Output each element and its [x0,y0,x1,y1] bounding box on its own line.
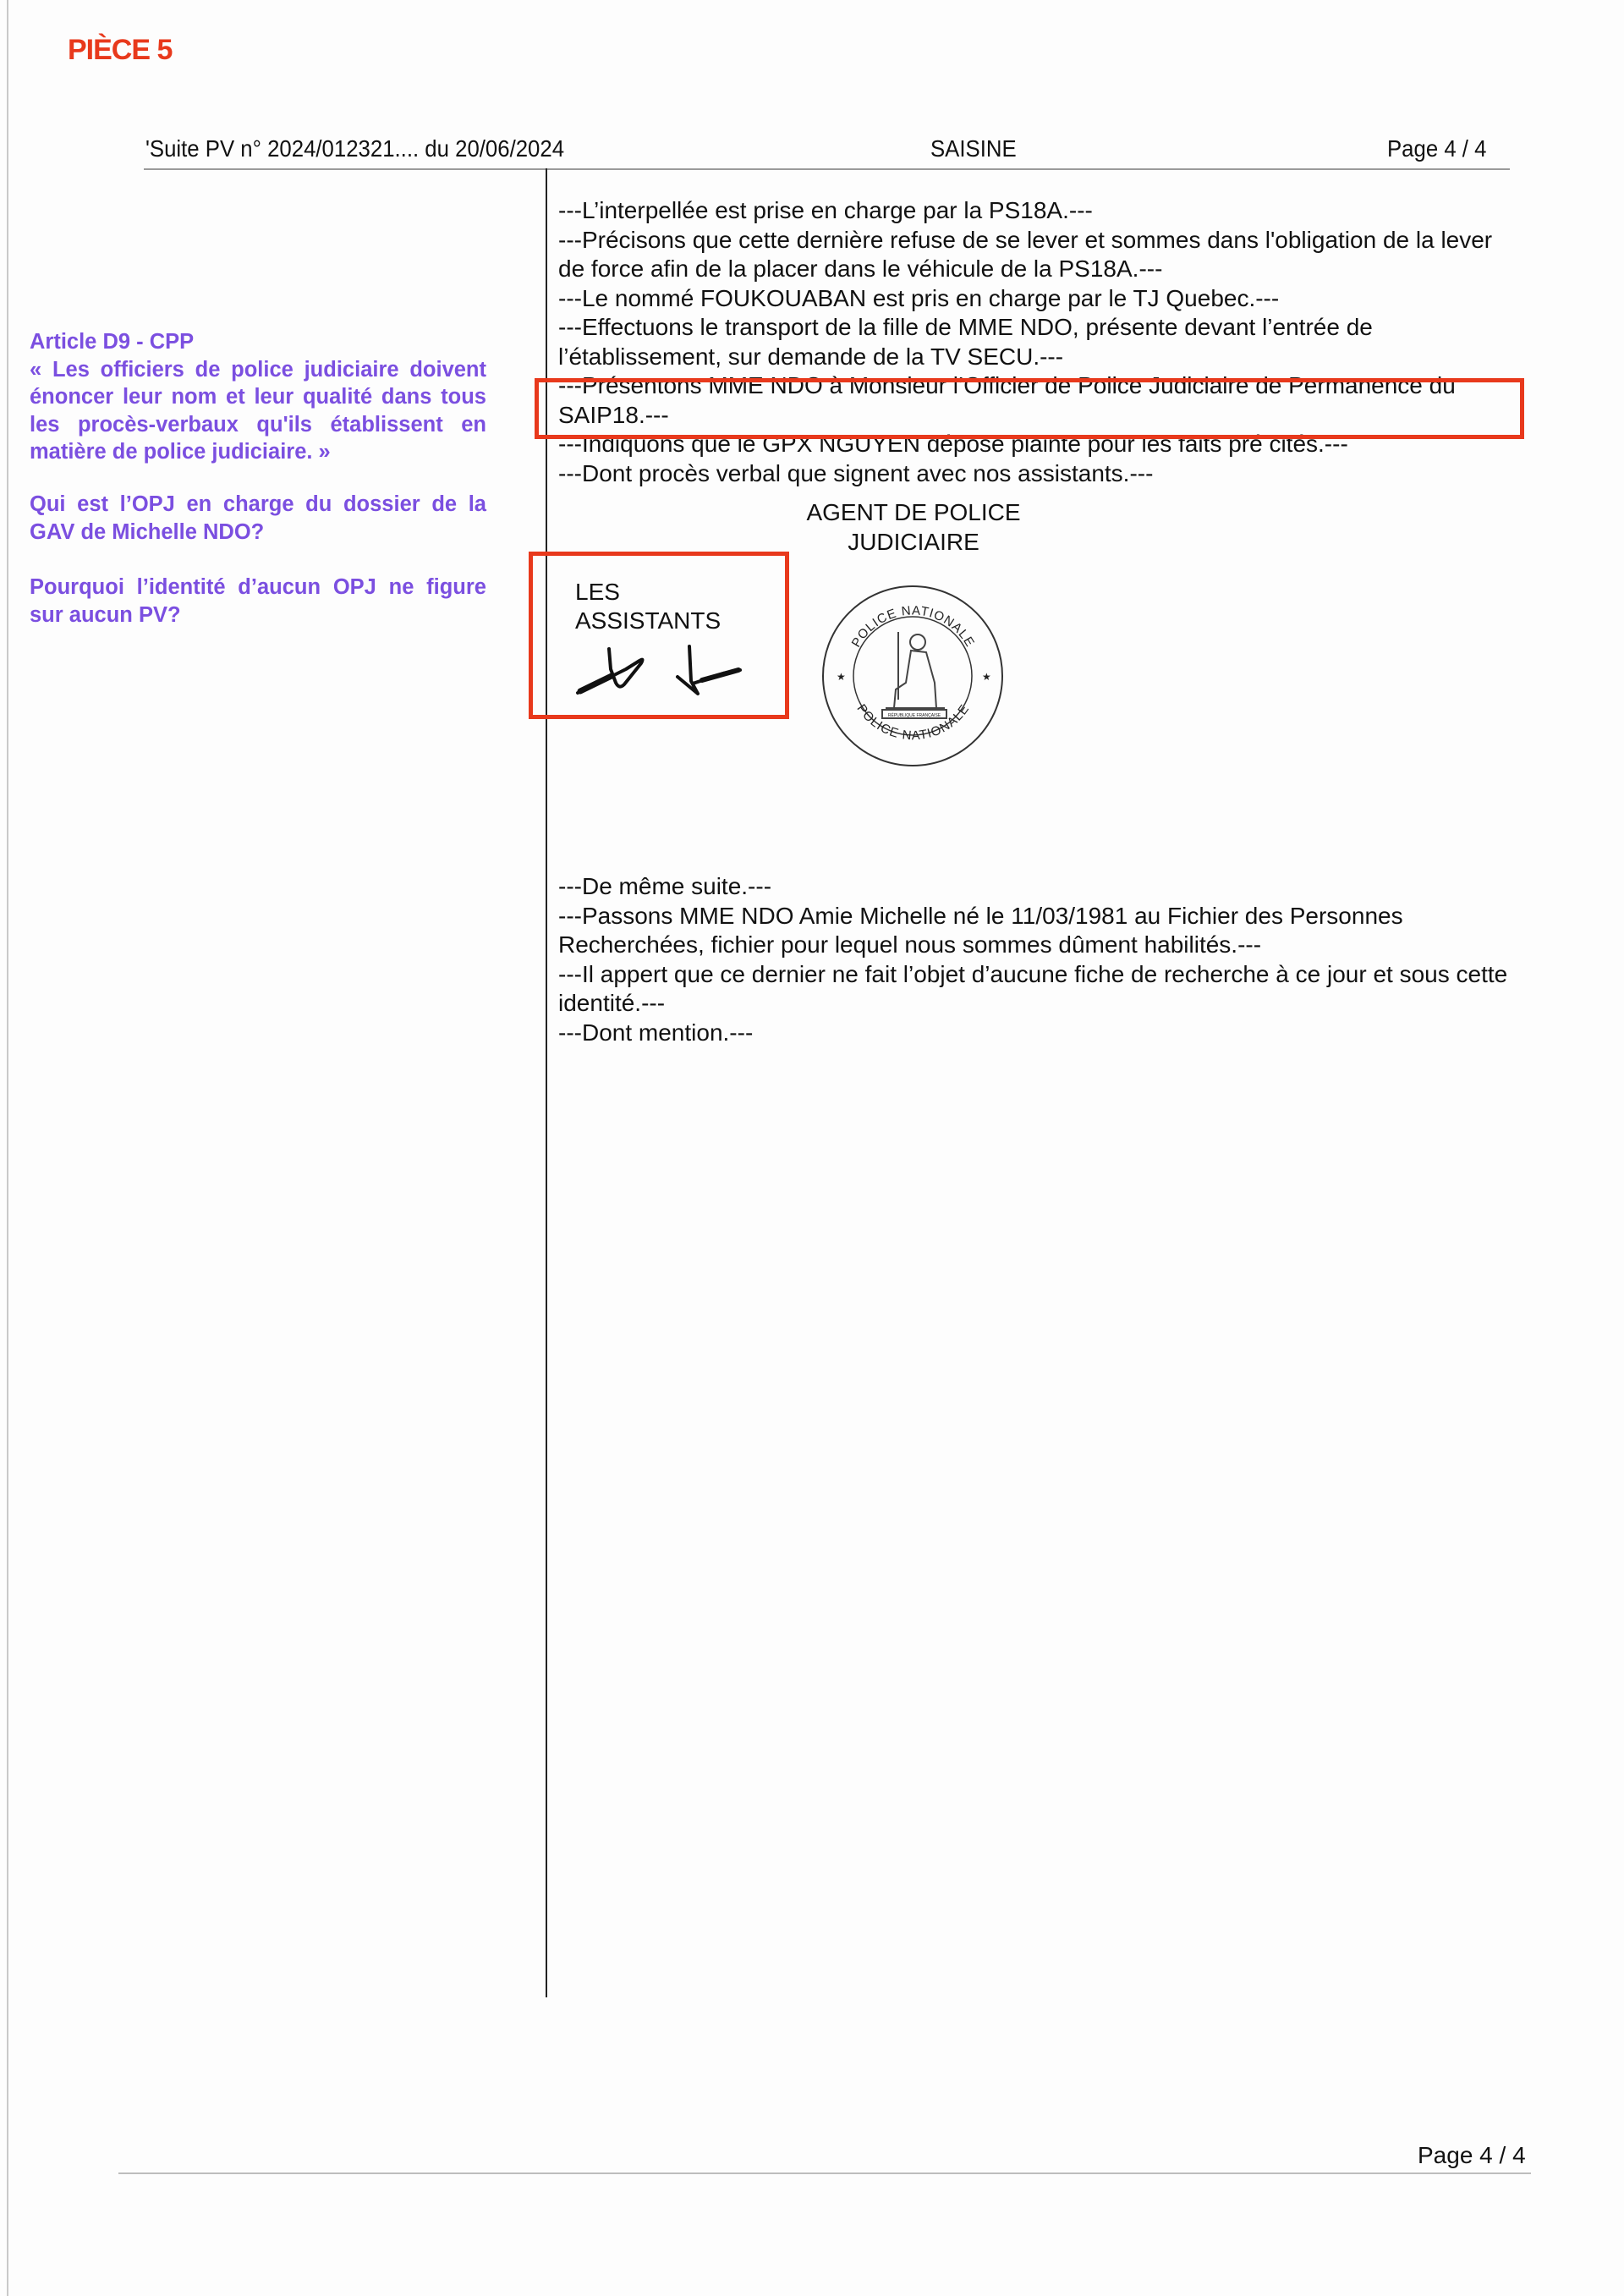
pv-line: ---Le nommé FOUKOUABAN est pris en charg… [558,284,1522,314]
highlight-box-opj [535,378,1524,439]
pv-text-block-2: ---De même suite.--- ---Passons MME NDO … [558,872,1522,1047]
question-1: Qui est l’OPJ en charge du dossier de la… [30,491,486,546]
agent-title: AGENT DE POLICE JUDICIAIRE [727,498,1100,557]
pv-line: ---Effectuons le transport de la fille d… [558,313,1522,371]
pv-line: ---Dont procès verbal que signent avec n… [558,459,1522,489]
question-annotation-1: Qui est l’OPJ en charge du dossier de la… [30,491,486,546]
svg-text:RÉPUBLIQUE FRANÇAISE: RÉPUBLIQUE FRANÇAISE [888,712,941,718]
pv-line: ---Il appert que ce dernier ne fait l’ob… [558,960,1522,1019]
article-quote: « Les officiers de police judiciaire doi… [30,356,486,466]
pv-line: ---Dont mention.--- [558,1019,1522,1048]
header-rule [144,168,1510,170]
header-page-number: Page 4 / 4 [1387,135,1486,162]
svg-text:★: ★ [837,671,846,683]
pv-reference: 'Suite PV n° 2024/012321.... du 20/06/20… [145,135,564,162]
footer-page-number: Page 4 / 4 [1418,2142,1526,2169]
pv-text-block-1: ---L’interpellée est prise en charge par… [558,196,1522,488]
scan-left-edge [7,0,8,2296]
pv-line: ---De même suite.--- [558,872,1522,902]
footer-rule [118,2172,1531,2174]
highlight-box-assistants [529,552,789,719]
question-2: Pourquoi l’identité d’aucun OPJ ne figur… [30,574,486,629]
margin-rule [546,168,547,1997]
pv-line: ---L’interpellée est prise en charge par… [558,196,1522,226]
svg-text:★: ★ [982,671,991,683]
article-title: Article D9 - CPP [30,328,486,356]
police-nationale-stamp-icon: POLICE NATIONALE POLICE NATIONALE ★ ★ RÉ… [818,581,1008,772]
question-annotation-2: Pourquoi l’identité d’aucun OPJ ne figur… [30,574,486,629]
pv-line: ---Précisons que cette dernière refuse d… [558,226,1522,284]
svg-text:POLICE NATIONALE: POLICE NATIONALE [849,603,978,650]
article-annotation: Article D9 - CPP « Les officiers de poli… [30,328,486,466]
piece-label: PIÈCE 5 [68,34,172,67]
document-type: SAISINE [930,135,1017,162]
pv-line: ---Passons MME NDO Amie Michelle né le 1… [558,902,1522,960]
